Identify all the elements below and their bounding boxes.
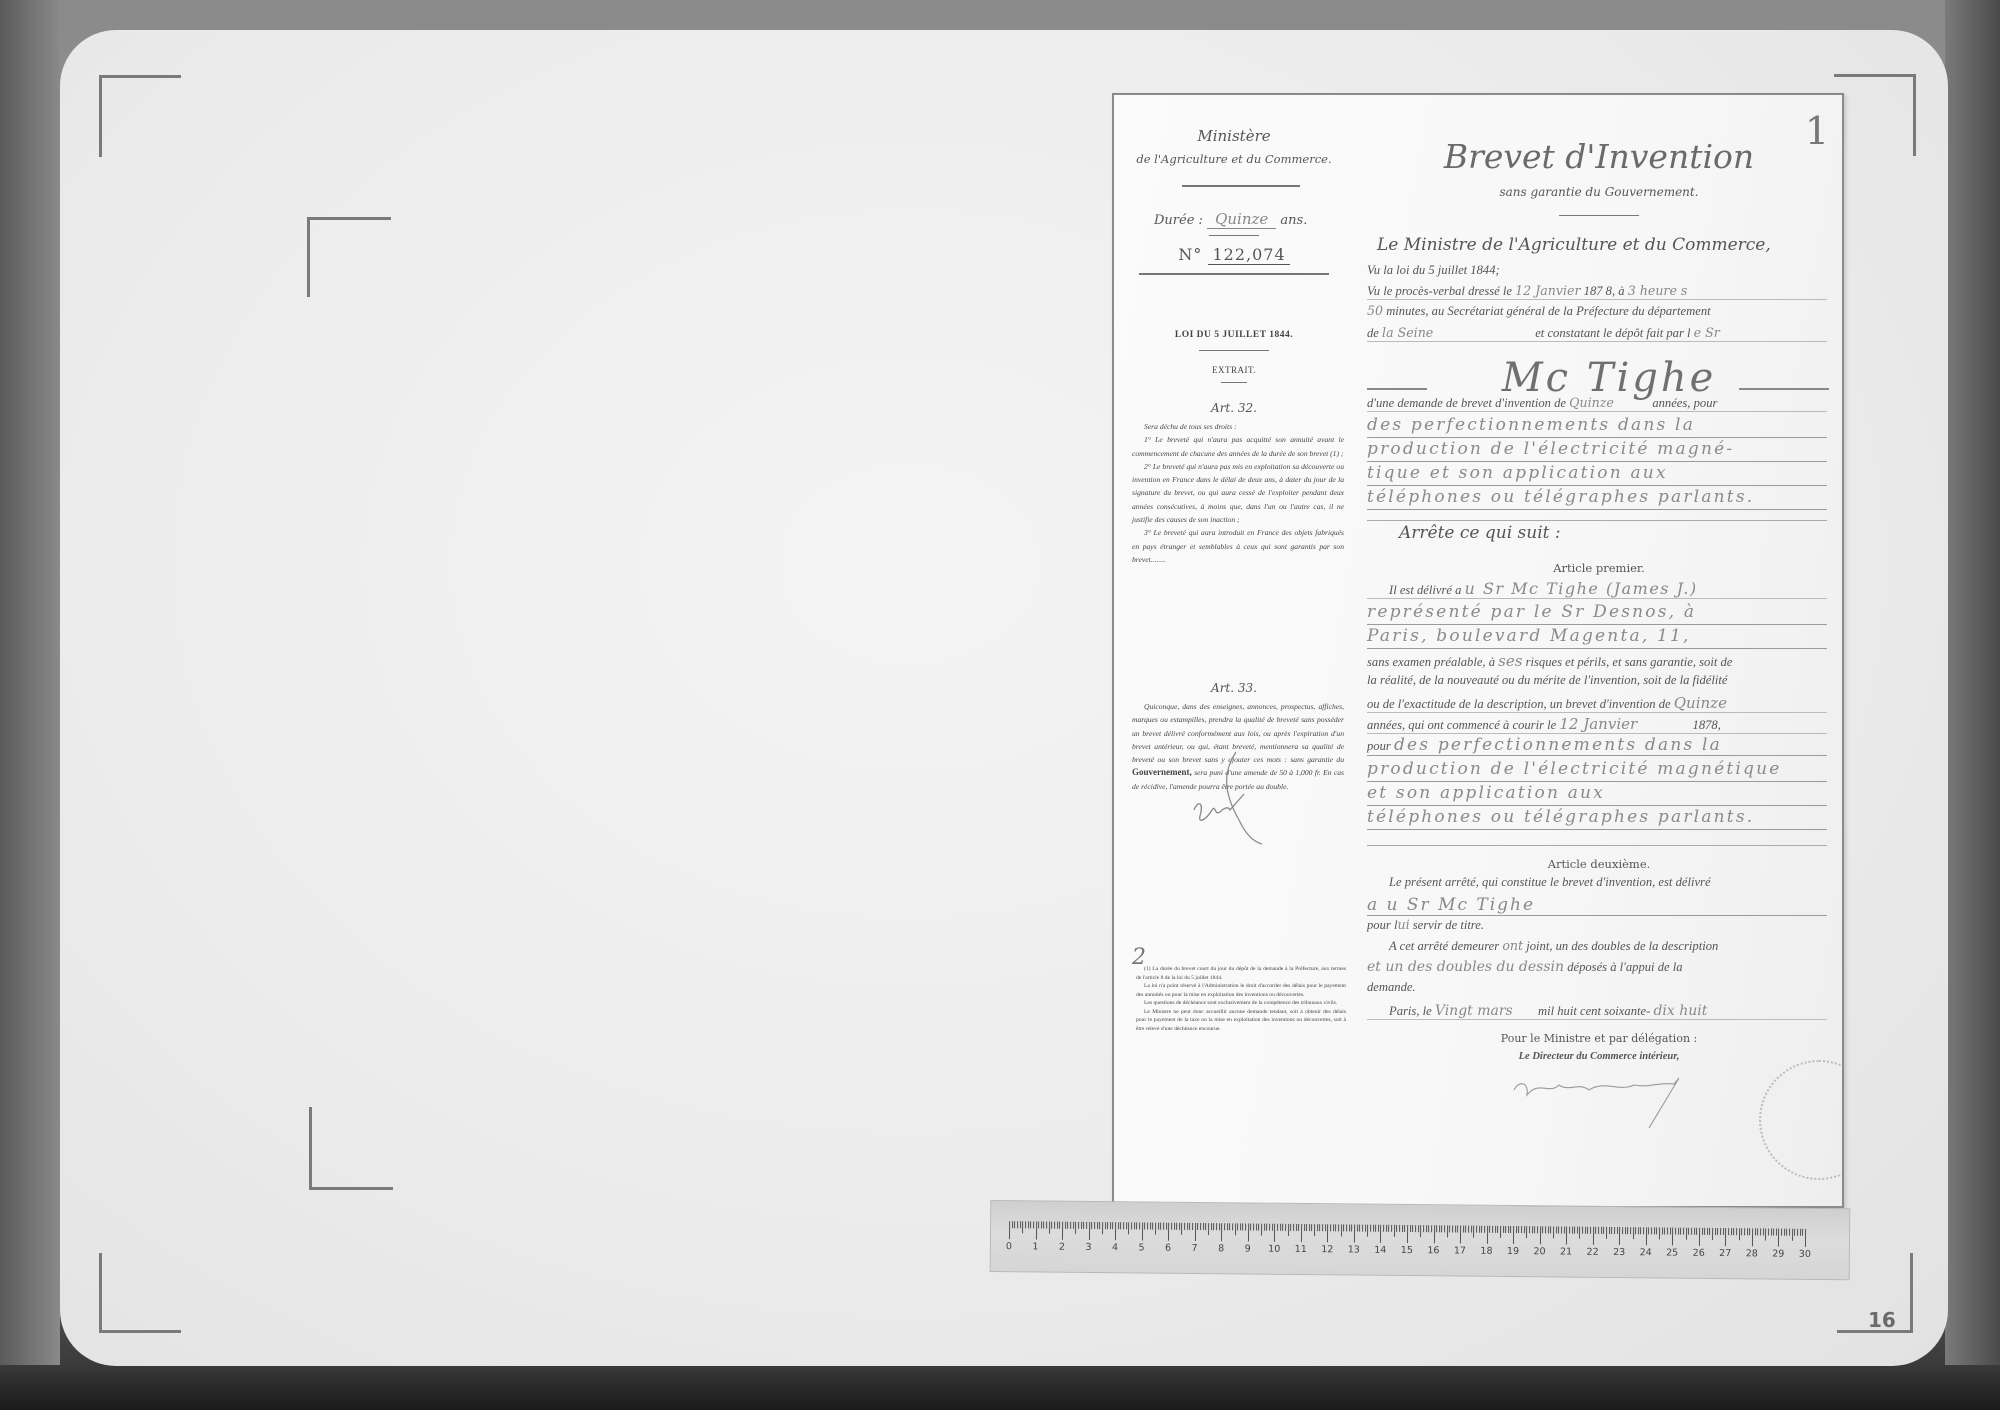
ruler-tick xyxy=(1280,1224,1281,1231)
ruler-tick xyxy=(1075,1222,1076,1234)
ruler-label: 17 xyxy=(1454,1245,1466,1256)
ruler-tick xyxy=(1086,1222,1087,1229)
ruler-tick xyxy=(1365,1225,1366,1232)
ruler-tick xyxy=(1587,1227,1588,1234)
ruler-tick xyxy=(1020,1221,1021,1228)
text: servir de titre. xyxy=(1413,918,1484,932)
ruler-tick xyxy=(1301,1224,1302,1242)
ruler-tick xyxy=(1794,1229,1795,1236)
ruler-tick xyxy=(1442,1225,1443,1232)
ruler-tick xyxy=(1526,1226,1527,1238)
ruler-tick xyxy=(1221,1223,1222,1241)
ruler-label: 22 xyxy=(1586,1247,1598,1258)
document-subtitle: sans garantie du Gouvernement. xyxy=(1359,185,1839,199)
duree-value: Quinze xyxy=(1207,210,1276,229)
article-1-invention-line: production de l'électricité magnétique xyxy=(1367,757,1827,782)
ruler-tick xyxy=(1505,1226,1506,1233)
text: 1878, xyxy=(1693,718,1721,732)
ruler-tick xyxy=(1375,1225,1376,1232)
ruler-tick xyxy=(1131,1222,1132,1229)
ruler-tick xyxy=(1290,1224,1291,1231)
ruler-tick xyxy=(1704,1228,1705,1235)
ruler-tick xyxy=(1410,1225,1411,1232)
text: et constatant le dépôt fait par l xyxy=(1535,326,1690,340)
ruler-tick xyxy=(1556,1226,1557,1233)
ruler-tick xyxy=(1370,1225,1371,1232)
ruler-tick xyxy=(1529,1226,1530,1233)
ruler-label: 24 xyxy=(1640,1247,1652,1258)
arrete-heading: Arrête ce qui suit : xyxy=(1399,523,1561,543)
ruler-tick xyxy=(1566,1227,1567,1245)
minister-heading: Le Ministre de l'Agriculture et du Comme… xyxy=(1377,235,1771,255)
invention-description-line: tique et son application aux xyxy=(1367,461,1827,486)
text: années, pour xyxy=(1652,396,1717,410)
handwritten-years: Quinze xyxy=(1674,694,1727,712)
ruler-tick xyxy=(1200,1223,1201,1230)
demande-line: d'une demande de brevet d'invention de Q… xyxy=(1367,395,1827,412)
ruler-tick xyxy=(1025,1221,1026,1228)
ruler-tick xyxy=(1574,1227,1575,1234)
divider xyxy=(1367,520,1827,521)
ruler-tick xyxy=(1805,1229,1806,1247)
ruler-tick xyxy=(1675,1228,1676,1235)
ruler-tick xyxy=(1731,1228,1732,1235)
article-1-print-line: ou de l'exactitude de la description, un… xyxy=(1367,694,1827,713)
text: ou de l'exactitude de la description, un… xyxy=(1367,697,1671,711)
ruler-tick xyxy=(1208,1223,1209,1235)
ruler-tick xyxy=(1651,1227,1652,1234)
ruler-tick xyxy=(1749,1228,1750,1235)
ruler-tick xyxy=(1662,1227,1663,1234)
duree-unit: ans. xyxy=(1280,213,1307,228)
article-2-title: Article deuxième. xyxy=(1359,857,1839,871)
ruler-tick xyxy=(1036,1221,1037,1239)
ruler-tick xyxy=(1625,1227,1626,1234)
ruler-label: 21 xyxy=(1560,1246,1572,1257)
divider xyxy=(1367,845,1827,846)
ruler-tick xyxy=(1457,1225,1458,1232)
signature-heading: Pour le Ministre et par délégation : xyxy=(1359,1032,1839,1045)
crop-mark-outer-bottom-left xyxy=(99,1253,181,1333)
left-column: Ministère de l'Agriculture et du Commerc… xyxy=(1114,95,1354,1206)
ruler-tick xyxy=(1195,1223,1196,1241)
ruler-tick xyxy=(1712,1228,1713,1240)
ruler-label: 27 xyxy=(1719,1248,1731,1259)
ruler-tick xyxy=(1030,1221,1031,1228)
ruler-tick xyxy=(1465,1226,1466,1233)
article-2-demande-line: demande. xyxy=(1367,980,1827,995)
invention-description-line: téléphones ou télégraphes parlants. xyxy=(1367,485,1827,510)
ruler-tick xyxy=(1611,1227,1612,1234)
ruler-tick xyxy=(1319,1224,1320,1231)
ruler-tick xyxy=(1367,1225,1368,1237)
ruler-tick xyxy=(1412,1225,1413,1232)
ruler-label: 18 xyxy=(1480,1246,1492,1257)
ruler-tick xyxy=(1511,1226,1512,1233)
ruler-tick xyxy=(1102,1222,1103,1234)
ruler-tick xyxy=(1057,1222,1058,1229)
ruler-tick xyxy=(1343,1224,1344,1231)
ruler-label: 1 xyxy=(1032,1241,1038,1252)
ruler-tick xyxy=(1038,1221,1039,1228)
ruler-tick xyxy=(1664,1227,1665,1234)
ruler-tick xyxy=(1516,1226,1517,1233)
article-2-joint-line: A cet arrêté demeurer ont joint, un des … xyxy=(1367,938,1827,954)
ruler-tick xyxy=(1741,1228,1742,1235)
text: Paris, le xyxy=(1389,1004,1432,1018)
crop-mark-outer-top-right xyxy=(1834,74,1916,156)
ruler-tick xyxy=(1139,1222,1140,1229)
ruler-tick xyxy=(1166,1223,1167,1230)
ruler-tick xyxy=(1399,1225,1400,1232)
ruler-tick xyxy=(1136,1222,1137,1229)
text: années, qui ont commencé à courir le xyxy=(1367,718,1556,732)
ruler-tick xyxy=(1715,1228,1716,1235)
text: mil huit cent soixante- xyxy=(1538,1004,1650,1018)
ruler-tick xyxy=(1553,1226,1554,1238)
text: 187 8, à xyxy=(1584,284,1625,298)
ruler-tick xyxy=(1394,1225,1395,1237)
ruler-tick xyxy=(1641,1227,1642,1234)
handwritten-text: ont xyxy=(1502,938,1523,953)
ruler-label: 16 xyxy=(1427,1245,1439,1256)
article-2-line: Le présent arrêté, qui constitue le brev… xyxy=(1367,875,1827,890)
article-2-hand-line: a u Sr Mc Tighe xyxy=(1367,895,1827,916)
divider xyxy=(1199,350,1269,351)
ruler-tick xyxy=(1184,1223,1185,1230)
ruler-tick xyxy=(1444,1225,1445,1232)
ruler-tick xyxy=(1609,1227,1610,1234)
crop-mark-inner-top-left xyxy=(307,217,391,297)
ornament-divider xyxy=(1182,185,1300,187)
official-stamp xyxy=(1759,1060,1844,1180)
ruler-tick xyxy=(1134,1222,1135,1229)
ruler-tick xyxy=(1534,1226,1535,1233)
footnote-paragraph: Le Ministre ne peut donc accueillir aucu… xyxy=(1136,1008,1346,1034)
text: déposés à l'appui de la xyxy=(1567,960,1682,974)
numero-label: N° xyxy=(1178,245,1202,264)
ruler-tick xyxy=(1402,1225,1403,1232)
scanner-edge-bottom xyxy=(0,1365,2000,1410)
right-column: 1 Brevet d'Invention sans garantie du Go… xyxy=(1359,95,1839,1206)
ruler-tick xyxy=(1081,1222,1082,1229)
ruler-tick xyxy=(1052,1222,1053,1229)
signatory-title: Le Directeur du Commerce intérieur, xyxy=(1359,1051,1839,1062)
handwritten-text: et un des doubles du dessin xyxy=(1367,959,1564,975)
ruler-tick xyxy=(1121,1222,1122,1229)
invention-description-line: production de l'électricité magné- xyxy=(1367,437,1827,462)
duree-field: Durée : Quinze ans. xyxy=(1154,210,1307,228)
ruler-tick xyxy=(1752,1228,1753,1246)
ruler-tick xyxy=(1245,1223,1246,1230)
ruler-label: 12 xyxy=(1321,1244,1333,1255)
ruler-label: 29 xyxy=(1772,1249,1784,1260)
ruler-tick xyxy=(1296,1224,1297,1231)
ruler-tick xyxy=(1678,1228,1679,1235)
ruler-tick xyxy=(1487,1226,1488,1244)
ruler-tick xyxy=(1232,1223,1233,1230)
ruler-tick xyxy=(1495,1226,1496,1233)
ruler-tick xyxy=(1439,1225,1440,1232)
ruler-label: 4 xyxy=(1112,1242,1118,1253)
ruler-tick xyxy=(1152,1223,1153,1230)
ruler-tick xyxy=(1667,1227,1668,1234)
text: Il est délivré a xyxy=(1389,583,1461,597)
ruler-tick xyxy=(1333,1224,1334,1231)
ruler-tick xyxy=(1755,1228,1756,1235)
ruler-tick xyxy=(1614,1227,1615,1234)
ruler-tick xyxy=(1227,1223,1228,1230)
ruler-label: 25 xyxy=(1666,1247,1678,1258)
ruler-tick xyxy=(1330,1224,1331,1231)
ruler-tick xyxy=(1277,1224,1278,1231)
ruler-tick xyxy=(1264,1224,1265,1231)
handwritten-text: e Sr xyxy=(1694,325,1720,340)
ruler-tick xyxy=(1548,1226,1549,1233)
ruler-label: 3 xyxy=(1085,1242,1091,1253)
handwritten-date: 12 Janvier xyxy=(1515,283,1580,298)
ruler-tick xyxy=(1158,1223,1159,1230)
initials-signature xyxy=(1184,750,1294,845)
ruler-tick xyxy=(1237,1223,1238,1230)
ruler-tick xyxy=(1211,1223,1212,1230)
text: de xyxy=(1367,326,1379,340)
footnotes: (1) La durée du brevet court du jour du … xyxy=(1136,965,1346,1033)
ruler-label: 15 xyxy=(1401,1245,1413,1256)
handwritten-year: dix huit xyxy=(1653,1003,1707,1019)
ruler-tick xyxy=(1089,1222,1090,1240)
ruler-scale: 0123456789101112131415161718192021222324… xyxy=(1009,1221,1805,1269)
handwritten-years: Quinze xyxy=(1569,395,1649,410)
ruler-tick xyxy=(1073,1222,1074,1229)
ruler-tick xyxy=(1248,1223,1249,1241)
ruler-tick xyxy=(1243,1223,1244,1230)
law-text-bold: Gouvernement, xyxy=(1132,767,1192,777)
numero-value: 122,074 xyxy=(1208,245,1289,265)
ruler-tick xyxy=(1725,1228,1726,1246)
ruler-tick xyxy=(1633,1227,1634,1239)
ruler-tick xyxy=(1455,1225,1456,1232)
ruler-tick xyxy=(1564,1227,1565,1234)
ruler-tick xyxy=(1802,1229,1803,1236)
ruler-tick xyxy=(1707,1228,1708,1235)
law-paragraph: 2° Le breveté qui n'aura pas mis en expl… xyxy=(1132,460,1344,526)
ruler-tick xyxy=(1654,1227,1655,1234)
ruler-tick xyxy=(1433,1225,1434,1243)
ruler-label: 10 xyxy=(1268,1244,1280,1255)
ruler-tick xyxy=(1181,1223,1182,1235)
handwritten-name: a u Sr Mc Tighe xyxy=(1367,895,1535,915)
ruler-tick xyxy=(1155,1223,1156,1235)
text: joint, un des doubles de la description xyxy=(1526,939,1718,953)
ruler-tick xyxy=(1386,1225,1387,1232)
article-1-start-line: années, qui ont commencé à courir le 12 … xyxy=(1367,715,1827,734)
ruler-tick xyxy=(1717,1228,1718,1235)
ruler-tick xyxy=(1773,1229,1774,1236)
ruler-tick xyxy=(1229,1223,1230,1230)
ruler-tick xyxy=(1744,1228,1745,1235)
ruler-tick xyxy=(1688,1228,1689,1235)
ruler-tick xyxy=(1107,1222,1108,1229)
ruler-tick xyxy=(1338,1224,1339,1231)
ruler-tick xyxy=(1187,1223,1188,1230)
ruler-tick xyxy=(1572,1227,1573,1234)
ruler-tick xyxy=(1266,1224,1267,1231)
ruler-tick xyxy=(1285,1224,1286,1231)
ruler-tick xyxy=(1540,1226,1541,1244)
ruler-tick xyxy=(1630,1227,1631,1234)
ruler-tick xyxy=(1598,1227,1599,1234)
article-2-dessins-line: et un des doubles du dessin déposés à l'… xyxy=(1367,959,1827,975)
ruler-label: 0 xyxy=(1006,1241,1012,1252)
ruler-tick xyxy=(1110,1222,1111,1229)
ruler-tick xyxy=(1028,1221,1029,1228)
handwritten-date: Vingt mars xyxy=(1435,1003,1535,1019)
text: sans examen préalable, à xyxy=(1367,655,1495,669)
ruler-tick xyxy=(1274,1224,1275,1242)
ruler-label: 14 xyxy=(1374,1245,1386,1256)
document-title: Brevet d'Invention xyxy=(1359,137,1839,176)
ruler-tick xyxy=(1205,1223,1206,1230)
ruler-tick xyxy=(1083,1222,1084,1229)
ruler-tick xyxy=(1760,1228,1761,1235)
ruler-tick xyxy=(1251,1224,1252,1231)
ruler-tick xyxy=(1216,1223,1217,1230)
ruler-tick xyxy=(1078,1222,1079,1229)
ruler-tick xyxy=(1786,1229,1787,1236)
ruler-tick xyxy=(1373,1225,1374,1232)
ruler-tick xyxy=(1577,1227,1578,1234)
ruler-tick xyxy=(1582,1227,1583,1234)
ruler-tick xyxy=(1388,1225,1389,1232)
ruler-tick xyxy=(1349,1224,1350,1231)
article-1-hand-line: Paris, boulevard Magenta, 11, xyxy=(1367,624,1827,649)
ruler-tick xyxy=(1672,1228,1673,1246)
ruler-label: 8 xyxy=(1218,1243,1224,1254)
ruler-tick xyxy=(1768,1228,1769,1235)
handwritten-text: ses xyxy=(1498,652,1522,670)
ruler-tick xyxy=(1723,1228,1724,1235)
ruler-tick xyxy=(1601,1227,1602,1234)
article-1-hand-line: représenté par le Sr Desnos, à xyxy=(1367,600,1827,625)
ruler-tick xyxy=(1463,1226,1464,1233)
ruler-tick xyxy=(1460,1226,1461,1244)
ruler-tick xyxy=(1771,1228,1772,1235)
ruler-tick xyxy=(1126,1222,1127,1229)
ruler-tick xyxy=(1404,1225,1405,1232)
ruler-label: 30 xyxy=(1799,1249,1811,1260)
ruler-tick xyxy=(1593,1227,1594,1245)
ruler-tick xyxy=(1312,1224,1313,1231)
ruler-tick xyxy=(1062,1222,1063,1240)
ruler-tick xyxy=(1558,1226,1559,1233)
ruler-tick xyxy=(1322,1224,1323,1231)
ruler-tick xyxy=(1197,1223,1198,1230)
ruler-tick xyxy=(1065,1222,1066,1229)
director-signature xyxy=(1509,1070,1709,1130)
ruler-tick xyxy=(1473,1226,1474,1238)
ruler-tick xyxy=(1747,1228,1748,1235)
ruler-tick xyxy=(1699,1228,1700,1246)
ruler-tick xyxy=(1192,1223,1193,1230)
ruler-tick xyxy=(1383,1225,1384,1232)
ruler-tick xyxy=(1009,1221,1010,1239)
extrait-label: EXTRAIT. xyxy=(1114,365,1354,375)
ruler-tick xyxy=(1789,1229,1790,1236)
ruler-tick xyxy=(1341,1224,1342,1236)
ruler-tick xyxy=(1638,1227,1639,1234)
ruler-tick xyxy=(1710,1228,1711,1235)
frame-number: 16 xyxy=(1868,1308,1896,1332)
article-33-heading: Art. 33. xyxy=(1114,681,1354,695)
ruler-label: 7 xyxy=(1192,1243,1198,1254)
ruler-tick xyxy=(1776,1229,1777,1236)
ruler-tick xyxy=(1792,1229,1793,1241)
ruler-tick xyxy=(1537,1226,1538,1233)
ruler-tick xyxy=(1733,1228,1734,1235)
ruler-tick xyxy=(1346,1224,1347,1231)
ruler-tick xyxy=(1407,1225,1408,1243)
ruler-tick xyxy=(1359,1225,1360,1232)
ruler-tick xyxy=(1428,1225,1429,1232)
article-1-invention-line: téléphones ou télégraphes parlants. xyxy=(1367,805,1827,830)
ruler-tick xyxy=(1691,1228,1692,1235)
ruler-tick xyxy=(1579,1227,1580,1239)
crop-mark-outer-top-left xyxy=(99,75,181,157)
article-1-title: Article premier. xyxy=(1359,561,1839,575)
ruler-tick xyxy=(1256,1224,1257,1231)
ruler-label: 2 xyxy=(1059,1242,1065,1253)
ruler-tick xyxy=(1635,1227,1636,1234)
vu-pv-line-2: 50 minutes, au Secrétariat général de la… xyxy=(1367,303,1827,319)
handwritten-date: 12 Janvier xyxy=(1559,715,1689,733)
ruler-tick xyxy=(1189,1223,1190,1230)
scanner-background: 16 Ministère de l'Agriculture et du Comm… xyxy=(0,0,2000,1410)
ruler-tick xyxy=(1696,1228,1697,1235)
ruler-tick xyxy=(1309,1224,1310,1231)
date-line: Paris, le Vingt mars mil huit cent soixa… xyxy=(1367,1003,1827,1020)
ruler-tick xyxy=(1269,1224,1270,1231)
ministry-heading: Ministère xyxy=(1114,127,1354,145)
ruler-tick xyxy=(1784,1229,1785,1236)
ruler-tick xyxy=(1113,1222,1114,1229)
article-1-print-line: sans examen préalable, à ses risques et … xyxy=(1367,652,1827,670)
ministry-subheading: de l'Agriculture et du Commerce. xyxy=(1114,152,1354,166)
ruler-tick xyxy=(1595,1227,1596,1234)
ruler-tick xyxy=(1569,1227,1570,1234)
ruler-label: 23 xyxy=(1613,1247,1625,1258)
ruler-tick xyxy=(1431,1225,1432,1232)
ruler-label: 13 xyxy=(1348,1244,1360,1255)
ruler-tick xyxy=(1481,1226,1482,1233)
ruler-tick xyxy=(1471,1226,1472,1233)
footnote-paragraph: Les questions de déchéance sont exclusiv… xyxy=(1136,999,1346,1008)
duree-label: Durée : xyxy=(1154,213,1203,228)
handwritten-department: la Seine xyxy=(1382,325,1532,340)
ruler-tick xyxy=(1508,1226,1509,1233)
ruler-tick xyxy=(1617,1227,1618,1234)
patent-document: Ministère de l'Agriculture et du Commerc… xyxy=(1112,93,1844,1208)
ruler-tick xyxy=(1542,1226,1543,1233)
ruler-tick xyxy=(1391,1225,1392,1232)
ruler-tick xyxy=(1436,1225,1437,1232)
patent-number: N° 122,074 xyxy=(1114,245,1354,264)
ruler-tick xyxy=(1325,1224,1326,1231)
ruler-tick xyxy=(1017,1221,1018,1228)
ruler-tick xyxy=(1012,1221,1013,1228)
text: minutes, au Secrétariat général de la Pr… xyxy=(1386,304,1710,318)
vu-loi-line: Vu la loi du 5 juillet 1844; xyxy=(1367,263,1827,278)
